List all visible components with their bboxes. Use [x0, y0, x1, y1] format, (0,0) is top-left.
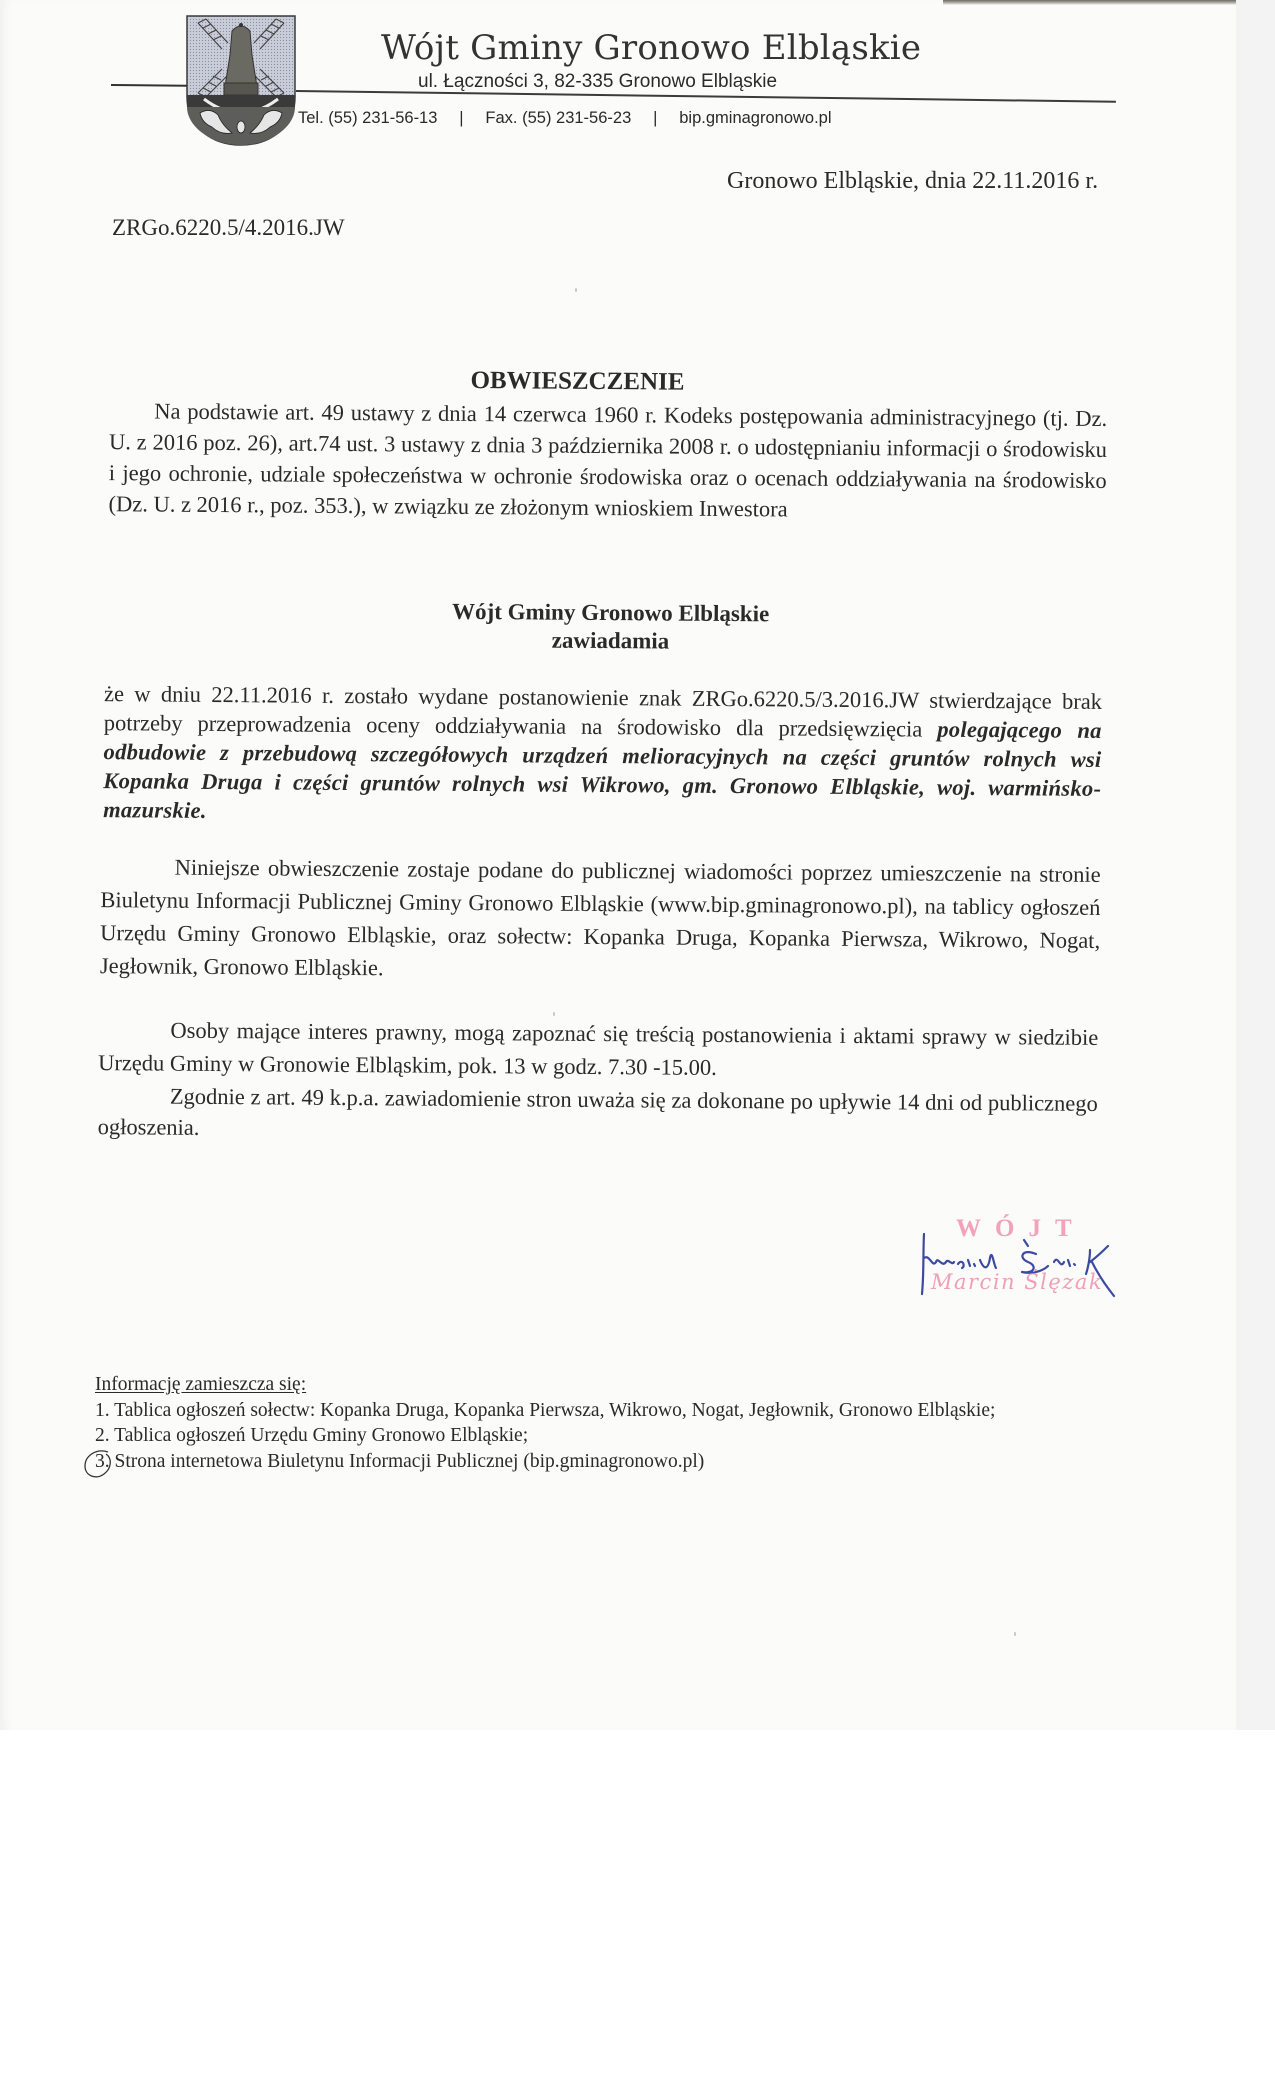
document-heading: OBWIESZCZENIE: [470, 367, 684, 397]
publication-paragraph: Niniejsze obwieszczenie zostaje podane d…: [100, 850, 1101, 990]
access-paragraph: Osoby mające interes prawny, mogą zapozn…: [98, 1013, 1098, 1087]
handwritten-circle-mark-icon: [82, 1448, 116, 1480]
scan-speck: [1014, 1632, 1016, 1636]
scan-speck: [575, 288, 577, 292]
stamp-name: Marcin Ślęzak: [931, 1270, 1103, 1294]
authority-line: Wójt Gminy Gronowo Elbląskie: [301, 598, 921, 629]
document-body: OBWIESZCZENIE Na podstawie art. 49 ustaw…: [0, 0, 1241, 1735]
intro-paragraph: Na podstawie art. 49 ustawy z dnia 14 cz…: [108, 395, 1107, 527]
decision-paragraph: że w dniu 22.11.2016 r. zostało wydane p…: [103, 679, 1102, 832]
authority-verb: zawiadamia: [300, 626, 920, 657]
distribution-item: 2. Tablica ogłoszeń Urzędu Gminy Gronowo…: [95, 1423, 995, 1449]
notice-paragraph: Zgodnie z art. 49 k.p.a. zawiadomienie s…: [98, 1080, 1098, 1150]
distribution-title: Informację zamieszcza się:: [95, 1372, 995, 1398]
distribution-item: 1. Tablica ogłoszeń sołectw: Kopanka Dru…: [95, 1398, 995, 1424]
distribution-item: 3. Strona internetowa Biuletynu Informac…: [95, 1449, 995, 1475]
scanner-bed-margin: [1236, 0, 1275, 1730]
distribution-list: Informację zamieszcza się: 1. Tablica og…: [95, 1372, 995, 1474]
scan-speck: [553, 1012, 555, 1016]
